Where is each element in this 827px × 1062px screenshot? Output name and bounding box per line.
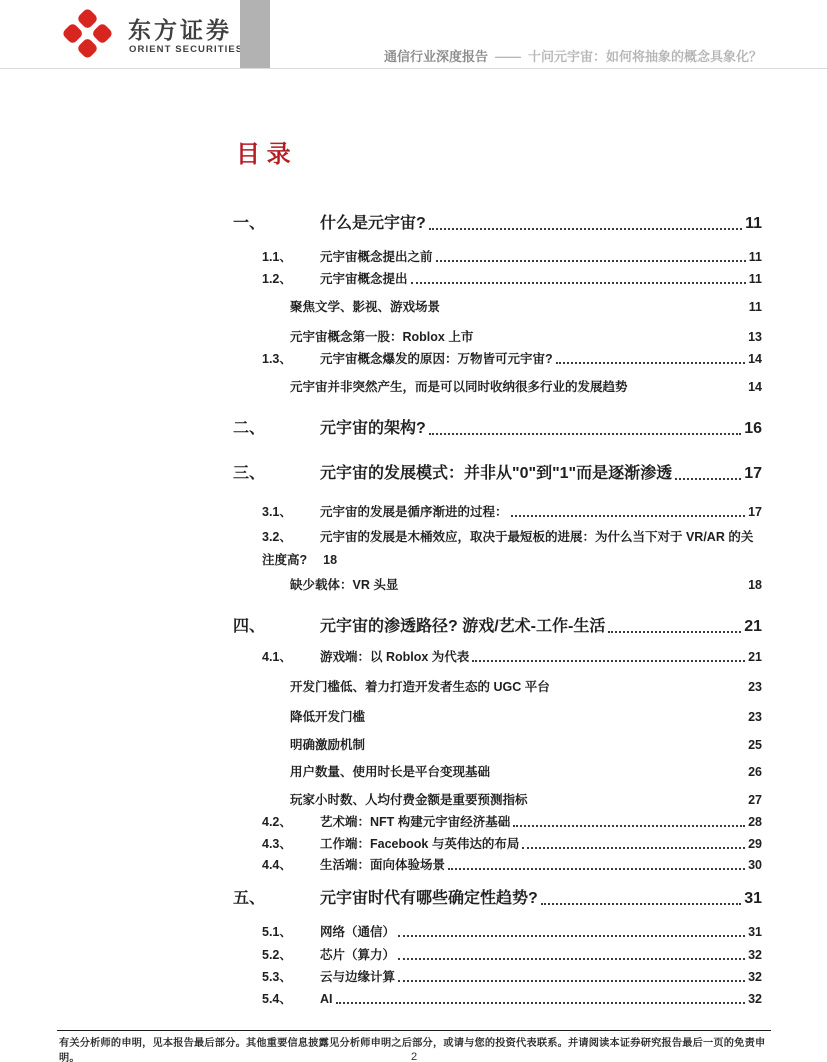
- report-type-label: 通信行业深度报告: [384, 49, 488, 64]
- toc-entry-title: 元宇宙时代有哪些确定性趋势?: [320, 888, 538, 910]
- dotted-leader: [398, 958, 745, 960]
- toc-entry-number: 一、: [233, 213, 320, 235]
- toc-entry[interactable]: 元宇宙并非突然产生，而是可以同时收纳很多行业的发展趋势14: [233, 378, 762, 396]
- toc-entry[interactable]: 4.4、生活端：面向体验场景30: [233, 856, 762, 874]
- toc-entry-title: 缺少载体：VR 头显: [290, 576, 398, 594]
- toc-entry-number: 四、: [233, 616, 320, 638]
- toc-entry-page: 18: [748, 576, 762, 594]
- toc-entry-number: 三、: [233, 463, 320, 485]
- logo-diamond-part: [76, 7, 99, 30]
- orient-securities-logo-icon: [61, 7, 113, 59]
- toc-entry-title: 元宇宙的渗透路径? 游戏/艺术-工作-生活: [320, 616, 605, 638]
- dotted-leader: [472, 660, 745, 662]
- header-gray-divider-bar: [240, 0, 270, 68]
- toc-entry[interactable]: 开发门槛低、着力打造开发者生态的 UGC 平台23: [233, 678, 762, 696]
- toc-entry-page: 17: [744, 463, 762, 485]
- toc-entry[interactable]: 1.3、元宇宙概念爆发的原因：万物皆可元宇宙?14: [233, 350, 762, 368]
- toc-entry[interactable]: 3.2、元宇宙的发展是木桶效应，取决于最短板的进展：为什么当下对于 VR/AR …: [233, 528, 762, 546]
- toc-entry[interactable]: 5.1、网络（通信）31: [233, 923, 762, 941]
- toc-entry-number: 3.2、: [262, 528, 320, 546]
- logo-diamond-part: [91, 22, 114, 45]
- toc-entry-page: 27: [748, 791, 762, 809]
- logo-diamond-part: [61, 22, 84, 45]
- toc-entry[interactable]: 玩家小时数、人均付费金额是重要预测指标27: [233, 791, 762, 809]
- toc-entry-page: 14: [748, 350, 762, 368]
- toc-entry-title: 什么是元宇宙?: [320, 213, 426, 235]
- toc-entry[interactable]: 五、元宇宙时代有哪些确定性趋势?31: [233, 888, 762, 910]
- toc-entry[interactable]: 5.4、AI32: [233, 990, 762, 1008]
- dotted-leader: [336, 1002, 746, 1004]
- dotted-leader: [511, 515, 746, 517]
- toc-entry-page: 21: [744, 616, 762, 638]
- dotted-leader: [436, 260, 746, 262]
- dotted-leader: [429, 433, 741, 435]
- toc-entry[interactable]: 三、元宇宙的发展模式：并非从"0"到"1"而是逐渐渗透17: [233, 463, 762, 485]
- toc-entry-number: 4.2、: [262, 813, 320, 831]
- toc-heading: 目 录: [236, 134, 291, 169]
- toc-entry[interactable]: 四、元宇宙的渗透路径? 游戏/艺术-工作-生活21: [233, 616, 762, 638]
- toc-entry[interactable]: 用户数量、使用时长是平台变现基础26: [233, 763, 762, 781]
- toc-entry-number: 1.1、: [262, 248, 320, 266]
- dotted-leader: [398, 980, 745, 982]
- toc-entry[interactable]: 4.2、艺术端：NFT 构建元宇宙经济基础28: [233, 813, 762, 831]
- report-subtitle: 十问元宇宙：如何将抽象的概念具象化？: [528, 49, 762, 64]
- toc-entry-page: 32: [748, 946, 762, 964]
- toc-entry-title: 元宇宙概念提出: [320, 270, 408, 288]
- dotted-leader: [398, 935, 745, 937]
- toc-entry-number: 5.4、: [262, 990, 320, 1008]
- header-dash: ——: [495, 49, 521, 64]
- toc-entry-title: 工作端：Facebook 与英伟达的布局: [320, 835, 519, 853]
- toc-entry-number: 4.4、: [262, 856, 320, 874]
- toc-entry-page: 31: [748, 923, 762, 941]
- header-bottom-rule: [0, 68, 827, 69]
- toc-entry-title: 元宇宙的发展模式：并非从"0"到"1"而是逐渐渗透: [320, 463, 672, 485]
- toc-entry-page: 11: [749, 270, 762, 288]
- toc-entry-title: 云与边缘计算: [320, 968, 395, 986]
- toc-entry[interactable]: 4.3、工作端：Facebook 与英伟达的布局29: [233, 835, 762, 853]
- toc-entry[interactable]: 5.3、云与边缘计算32: [233, 968, 762, 986]
- toc-entry[interactable]: 二、元宇宙的架构?16: [233, 418, 762, 440]
- toc-entry-title: 元宇宙概念提出之前: [320, 248, 433, 266]
- toc-entry-title: 游戏端：以 Roblox 为代表: [320, 648, 469, 666]
- toc-entry-title: 元宇宙的发展是循序渐进的过程：: [320, 503, 508, 521]
- toc-entry[interactable]: 5.2、芯片（算力）32: [233, 946, 762, 964]
- toc-entry-page: 11: [749, 248, 762, 266]
- toc-entry[interactable]: 一、什么是元宇宙?11: [233, 213, 762, 235]
- report-header-title: 通信行业深度报告——十问元宇宙：如何将抽象的概念具象化？: [384, 46, 762, 65]
- dotted-leader: [675, 478, 741, 480]
- toc-entry-title: 降低开发门槛: [290, 708, 365, 726]
- toc-entry-number: 五、: [233, 888, 320, 910]
- toc-entry[interactable]: 3.1、元宇宙的发展是循序渐进的过程：17: [233, 503, 762, 521]
- toc-entry-title: 元宇宙概念第一股：Roblox 上市: [290, 328, 473, 346]
- toc-entry-page: 25: [748, 736, 762, 754]
- toc-entry-title: 网络（通信）: [320, 923, 395, 941]
- dotted-leader: [448, 868, 745, 870]
- toc-entry-page: 21: [748, 648, 762, 666]
- toc-entry-page: 30: [748, 856, 762, 874]
- toc-entry-title: AI: [320, 990, 333, 1008]
- toc-entry-page: 29: [748, 835, 762, 853]
- toc-entry-number: 1.3、: [262, 350, 320, 368]
- toc-entry[interactable]: 缺少载体：VR 头显18: [233, 576, 762, 594]
- toc-entry-title: 芯片（算力）: [320, 946, 395, 964]
- toc-entry-title: 玩家小时数、人均付费金额是重要预测指标: [290, 791, 528, 809]
- toc-entry[interactable]: 1.2、元宇宙概念提出11: [233, 270, 762, 288]
- dotted-leader: [513, 825, 745, 827]
- toc-entry-page: 18: [323, 551, 337, 569]
- toc-entry-number: 3.1、: [262, 503, 320, 521]
- logo-company-name-en: ORIENT SECURITIES: [129, 44, 243, 55]
- dotted-leader: [608, 631, 741, 633]
- toc-entry[interactable]: 元宇宙概念第一股：Roblox 上市13: [233, 328, 762, 346]
- dotted-leader: [556, 362, 745, 364]
- toc-entry-title: 元宇宙并非突然产生，而是可以同时收纳很多行业的发展趋势: [290, 378, 628, 396]
- toc-entry-page: 32: [748, 968, 762, 986]
- toc-entry-number: 4.1、: [262, 648, 320, 666]
- toc-entry-title: 用户数量、使用时长是平台变现基础: [290, 763, 490, 781]
- toc-entry-title: 开发门槛低、着力打造开发者生态的 UGC 平台: [290, 678, 550, 696]
- toc-entry-page: 28: [748, 813, 762, 831]
- page-number: 2: [411, 1051, 417, 1062]
- toc-entry-title: 明确激励机制: [290, 736, 365, 754]
- toc-entry-page: 26: [748, 763, 762, 781]
- logo-company-name-cn: 东方证券: [128, 12, 232, 45]
- toc-entry-page: 16: [744, 418, 762, 440]
- toc-entry-title: 生活端：面向体验场景: [320, 856, 445, 874]
- logo-diamond-part: [76, 37, 99, 60]
- toc-entry[interactable]: 明确激励机制25: [233, 736, 762, 754]
- toc-entry[interactable]: 4.1、游戏端：以 Roblox 为代表21: [233, 648, 762, 666]
- toc-entry[interactable]: 注度高?18: [233, 551, 762, 569]
- toc-entry-number: 5.3、: [262, 968, 320, 986]
- toc-entry-title: 艺术端：NFT 构建元宇宙经济基础: [320, 813, 510, 831]
- toc-entry-title: 元宇宙的发展是木桶效应，取决于最短板的进展：为什么当下对于 VR/AR 的关: [320, 528, 753, 546]
- toc-entry-page: 11: [749, 298, 762, 316]
- toc-entry-page: 32: [748, 990, 762, 1008]
- toc-entry-number: 5.1、: [262, 923, 320, 941]
- toc-entry-page: 23: [748, 678, 762, 696]
- dotted-leader: [429, 228, 742, 230]
- dotted-leader: [522, 847, 745, 849]
- toc-entry-number: 4.3、: [262, 835, 320, 853]
- toc-entry-title: 聚焦文学、影视、游戏场景: [290, 298, 440, 316]
- toc-entry[interactable]: 聚焦文学、影视、游戏场景11: [233, 298, 762, 316]
- toc-entry[interactable]: 1.1、元宇宙概念提出之前11: [233, 248, 762, 266]
- toc-entry-page: 11: [745, 213, 762, 235]
- toc-entry-page: 31: [744, 888, 762, 910]
- footer-rule: [57, 1030, 771, 1031]
- toc-entry-number: 5.2、: [262, 946, 320, 964]
- toc-entry-page: 14: [748, 378, 762, 396]
- toc-entry-page: 23: [748, 708, 762, 726]
- toc-entry-title: 元宇宙的架构?: [320, 418, 426, 440]
- toc-entry-number: 二、: [233, 418, 320, 440]
- toc-entry[interactable]: 降低开发门槛23: [233, 708, 762, 726]
- dotted-leader: [541, 903, 741, 905]
- toc-list: 一、什么是元宇宙?111.1、元宇宙概念提出之前111.2、元宇宙概念提出11聚…: [233, 213, 762, 1008]
- toc-entry-title: 元宇宙概念爆发的原因：万物皆可元宇宙?: [320, 350, 553, 368]
- toc-entry-page: 17: [748, 503, 762, 521]
- toc-entry-title: 注度高?: [262, 551, 307, 569]
- toc-entry-page: 13: [748, 328, 762, 346]
- toc-entry-number: 1.2、: [262, 270, 320, 288]
- dotted-leader: [411, 282, 746, 284]
